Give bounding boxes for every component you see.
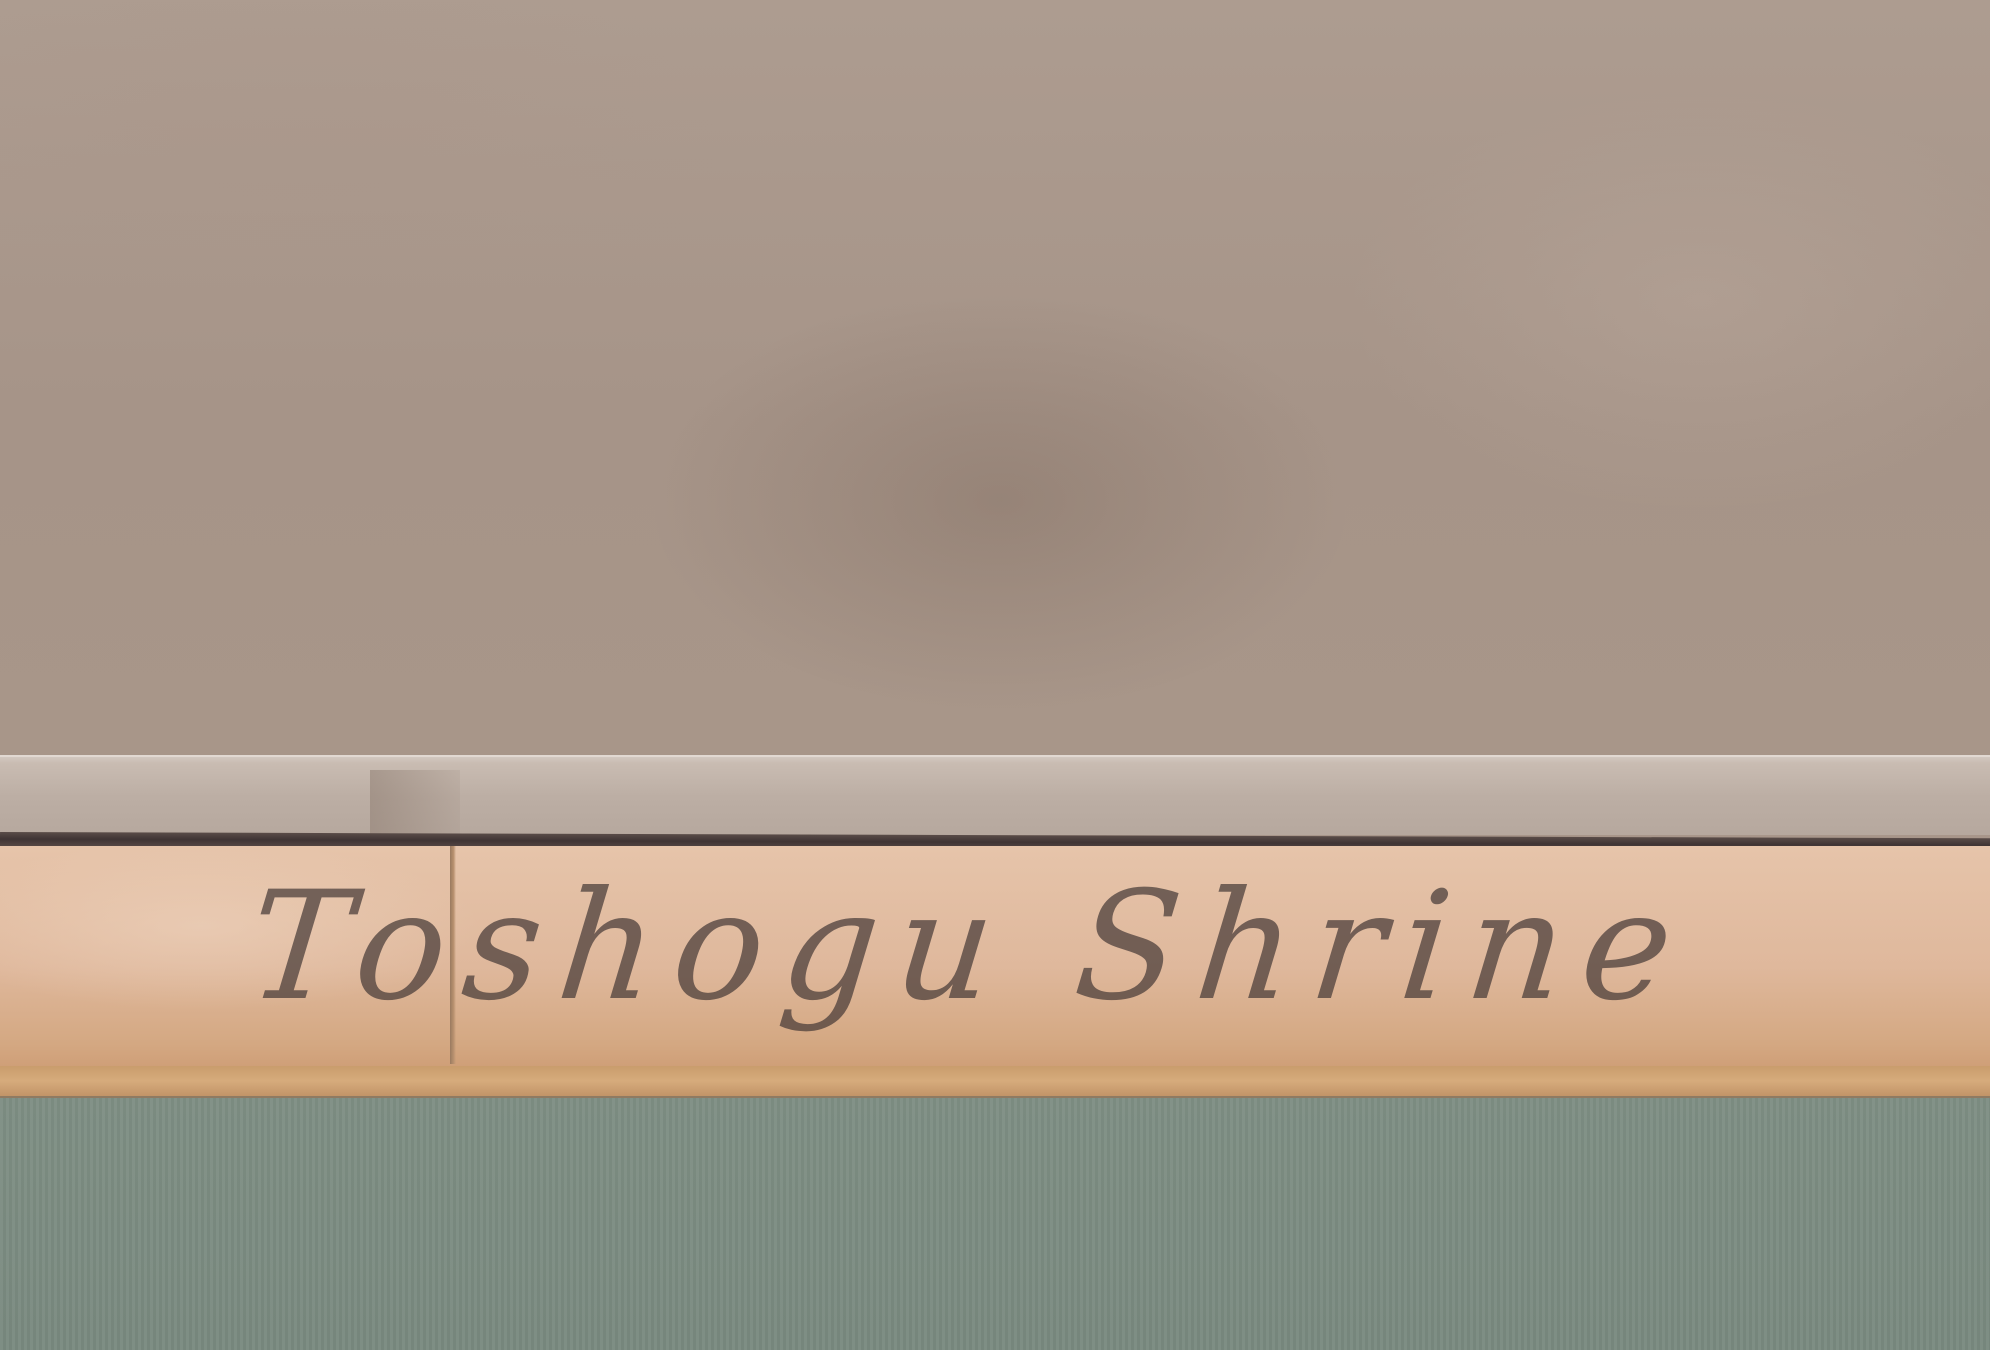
deckle-edge (0, 755, 1990, 835)
handwritten-caption: Toshogu Shrine (241, 860, 1699, 1034)
mat-bevel-edge (0, 1066, 1990, 1098)
green-mat (0, 1098, 1990, 1350)
print-paper (0, 0, 1990, 760)
paper-fold-shadow (370, 770, 460, 840)
